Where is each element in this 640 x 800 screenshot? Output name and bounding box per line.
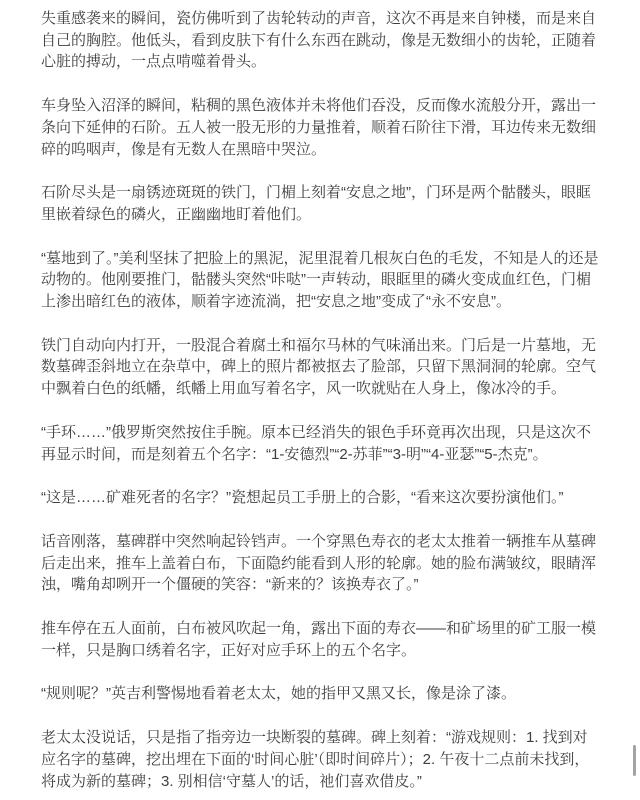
paragraph: 老太太没说话，只是指了指旁边一块断裂的墓碑。碑上刻着：“游戏规则：1. 找到对应… [41,727,601,792]
paragraph: “手环……”俄罗斯突然按住手腕。原本已经消失的银色手环竟再次出现，只是这次不再显… [41,422,601,465]
scrollbar-track [630,0,640,800]
document-page: 失重感袭来的瞬间，瓷仿佛听到了齿轮转动的声音，这次不再是来自钟楼，而是来自自己的… [0,0,640,800]
paragraph: 推车停在五人面前，白布被风吹起一角，露出下面的寿衣——和矿场里的矿工服一模一样，… [41,618,601,661]
paragraph: 铁门自动向内打开，一股混合着腐土和福尔马林的气味涌出来。门后是一片墓地，无数墓碑… [41,335,601,400]
paragraph: 话音刚落，墓碑群中突然响起铃铛声。一个穿黑色寿衣的老太太推着一辆推车从墓碑后走出… [41,531,601,596]
paragraph: 失重感袭来的瞬间，瓷仿佛听到了齿轮转动的声音，这次不再是来自钟楼，而是来自自己的… [41,8,601,73]
paragraph: “这是……矿难死者的名字？”瓷想起员工手册上的合影，“看来这次要扮演他们。” [41,487,601,509]
story-text-column: 失重感袭来的瞬间，瓷仿佛听到了齿轮转动的声音，这次不再是来自钟楼，而是来自自己的… [0,0,640,792]
paragraph: 石阶尽头是一扇锈迹斑斑的铁门，门楣上刻着“安息之地”，门环是两个骷髅头，眼眶里嵌… [41,182,601,225]
paragraph: “墓地到了。”美利坚抹了把脸上的黑泥，泥里混着几根灰白色的毛发，不知是人的还是动… [41,248,601,313]
paragraph: 车身坠入沼泽的瞬间，粘稠的黑色液体并未将他们吞没，反而像水流般分开，露出一条向下… [41,95,601,160]
paragraph: “规则呢？”英吉利警惕地看着老太太，她的指甲又黑又长，像是涂了漆。 [41,683,601,705]
scrollbar-thumb[interactable] [633,745,636,776]
